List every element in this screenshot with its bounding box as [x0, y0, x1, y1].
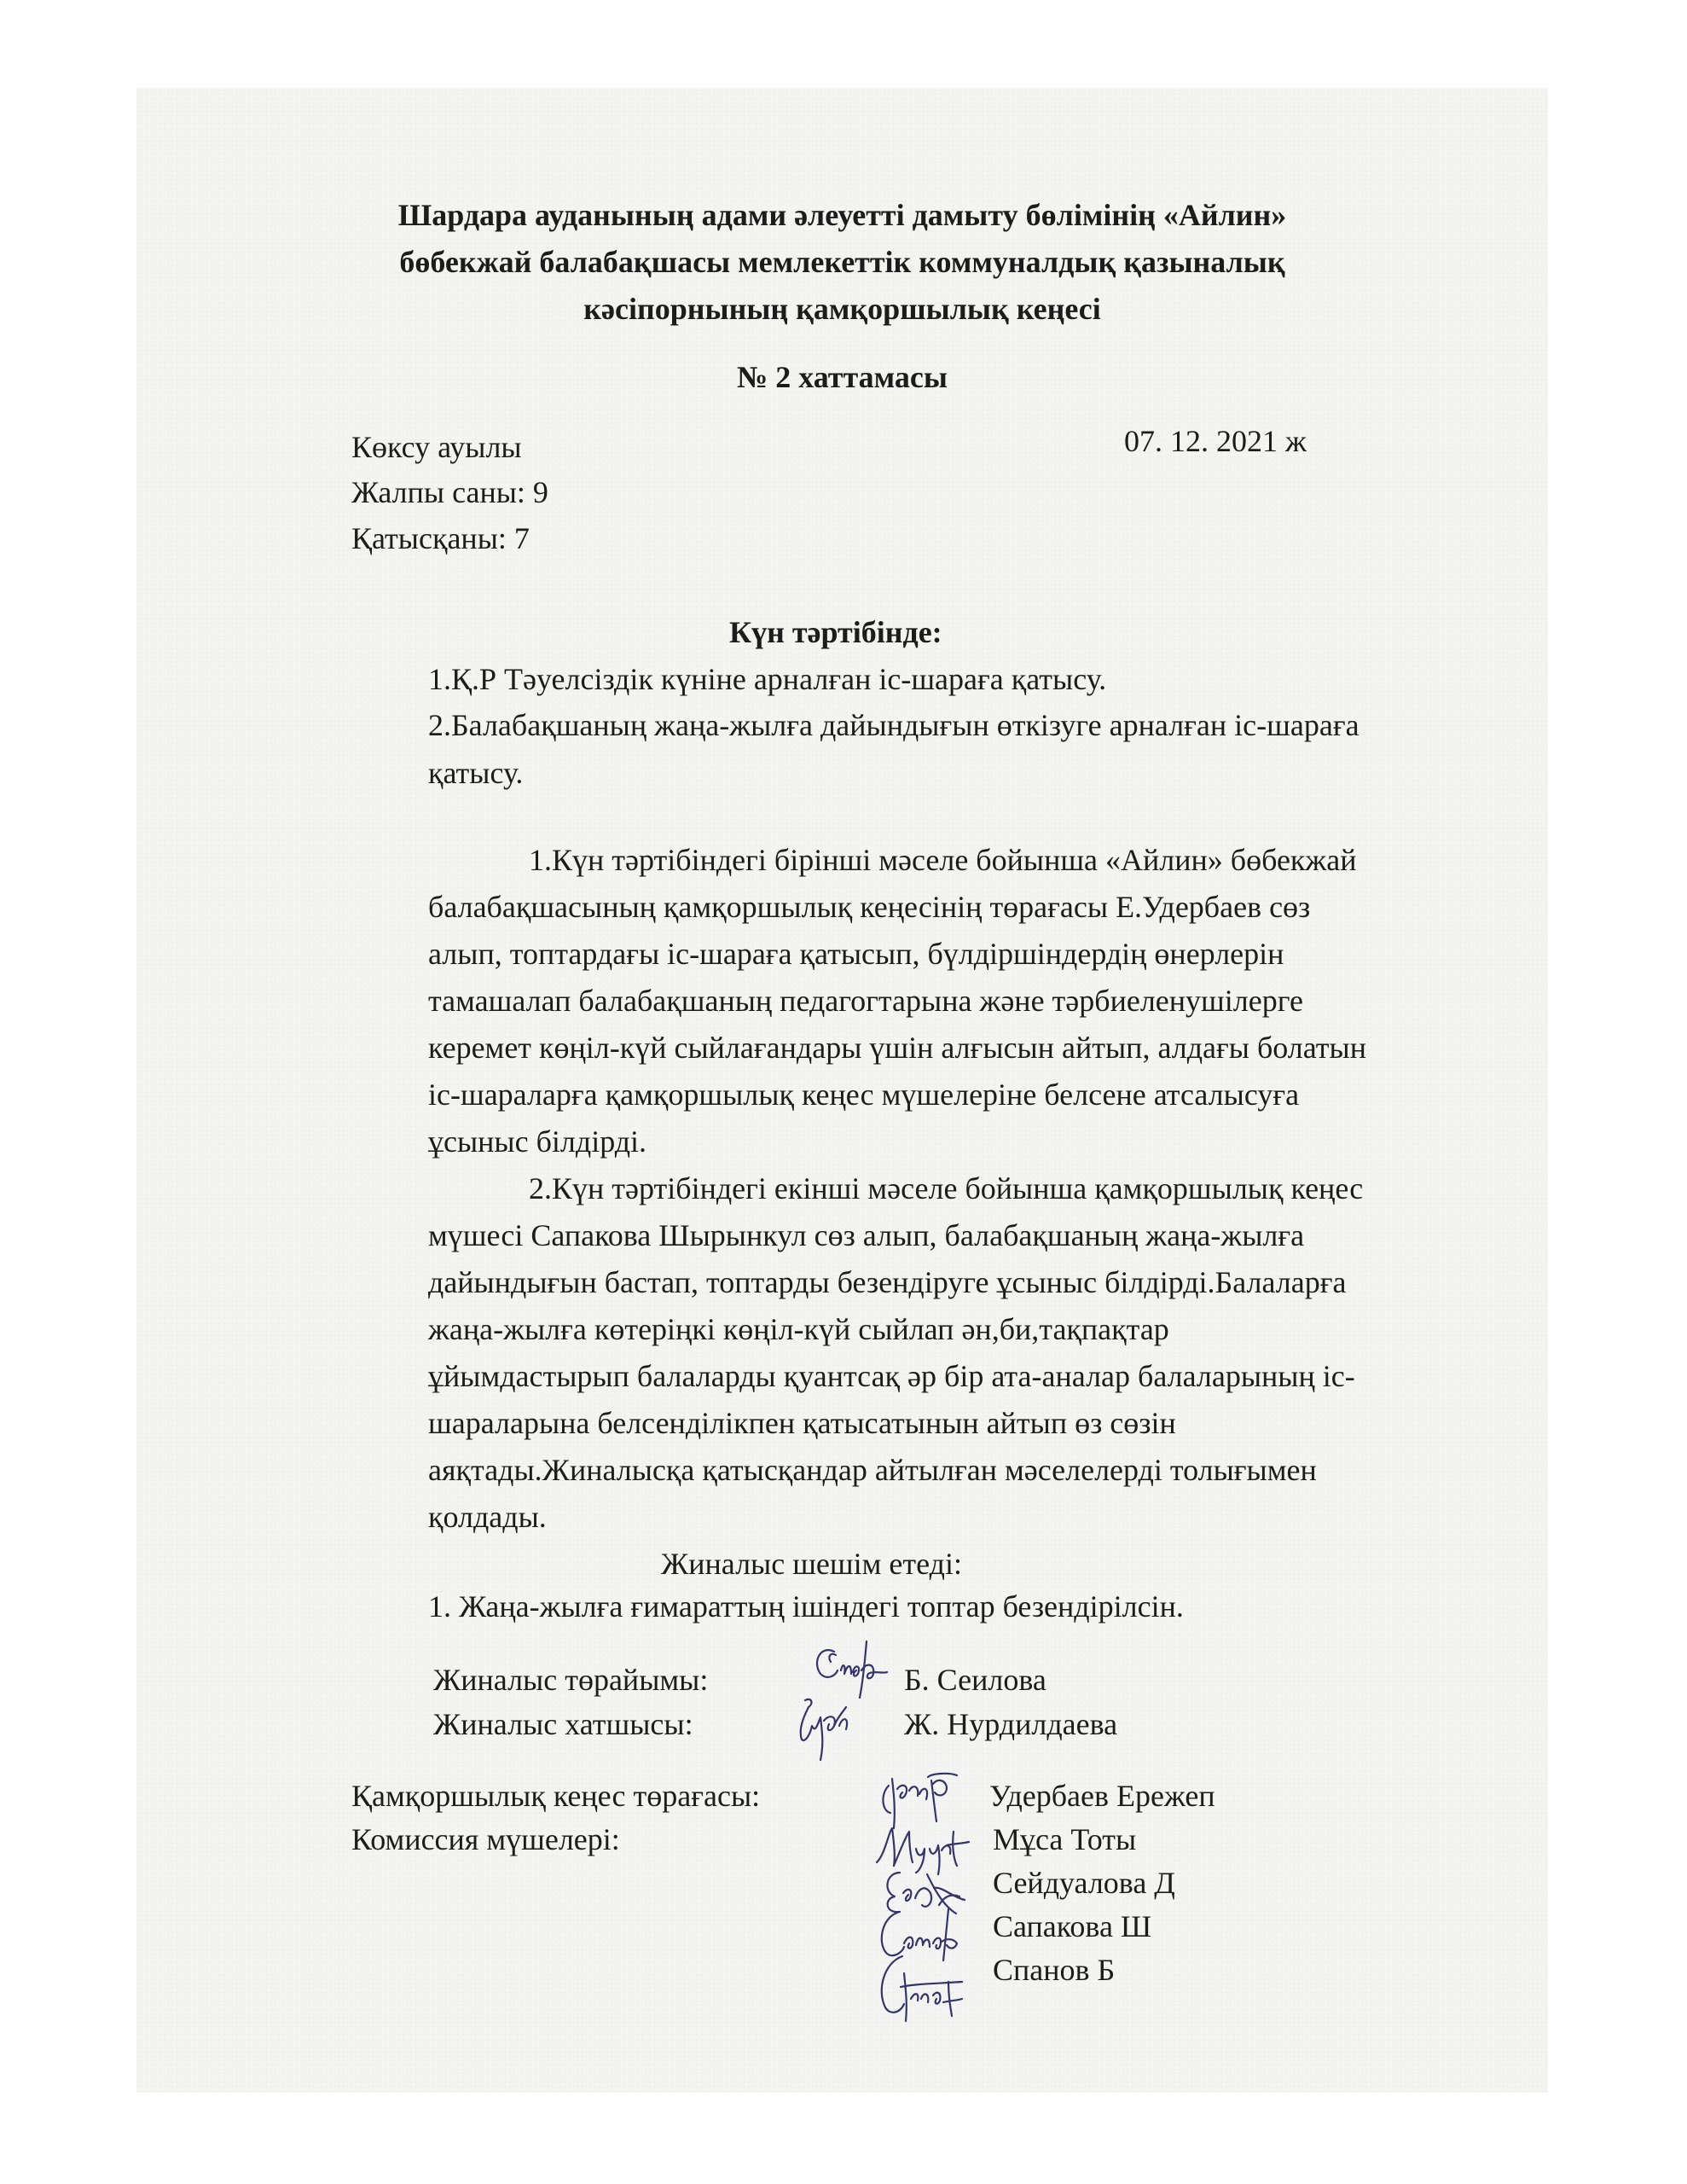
- location: Көксу ауылы: [351, 432, 522, 462]
- commission-member-1: Мұса Тоты: [993, 1824, 1136, 1855]
- agenda-item-2-cont: қатысу.: [428, 758, 523, 788]
- decision-item-1: 1. Жаңа-жылға ғимараттың ішіндегі топтар…: [428, 1591, 1184, 1622]
- paragraph-1-line-1: 1.Күн тәртібіндегі бірінші мәселе бойынш…: [529, 845, 1357, 875]
- commission-member-2: Сейдуалова Д: [993, 1867, 1175, 1898]
- paragraph-2-line-2: мүшесі Сапакова Шырынкул сөз алып, балаб…: [428, 1220, 1304, 1251]
- protocol-title: № 2 хаттамасы: [136, 359, 1548, 395]
- signature-commission-member-4: [870, 1948, 972, 2024]
- document-date: 07. 12. 2021 ж: [1124, 426, 1307, 456]
- paragraph-1-line-7: ұсыныс білдірді.: [428, 1126, 646, 1157]
- meeting-chair-name: Б. Сеилова: [904, 1664, 1046, 1695]
- commission-label: Комиссия мүшелері:: [351, 1824, 620, 1855]
- document-title-line-1: Шардара ауданының адами әлеуетті дамыту …: [136, 197, 1548, 233]
- paragraph-2-line-8: қолдады.: [428, 1501, 547, 1532]
- meeting-secretary-role: Жиналыс хатшысы:: [433, 1709, 693, 1740]
- commission-member-3: Сапакова Ш: [993, 1911, 1151, 1942]
- paragraph-2-line-6: шараларына белсенділікпен қатысатынын ай…: [428, 1408, 1176, 1438]
- council-chair-role: Қамқоршылық кеңес төрағасы:: [351, 1780, 760, 1811]
- meeting-chair-role: Жиналыс төрайымы:: [433, 1664, 708, 1695]
- document-title-line-2: бөбекжай балабақшасы мемлекеттік коммуна…: [136, 244, 1548, 280]
- paragraph-2-line-7: аяқтады.Жиналысқа қатысқандар айтылған м…: [428, 1455, 1317, 1485]
- meeting-secretary-name: Ж. Нурдилдаева: [904, 1709, 1117, 1740]
- agenda-heading: Күн тәртібінде:: [729, 617, 942, 648]
- total-count: Жалпы саны: 9: [351, 477, 548, 508]
- paragraph-1-line-2: балабақшасының қамқоршылық кеңесінің төр…: [428, 892, 1310, 922]
- commission-member-4: Спанов Б: [993, 1955, 1115, 1985]
- signature-meeting-secretary: [786, 1692, 872, 1769]
- attended-count: Қатысқаны: 7: [351, 523, 530, 554]
- paragraph-2-line-4: жаңа-жылға көтеріңкі көңіл-күй сыйлап ән…: [428, 1314, 1169, 1345]
- paragraph-1-line-5: керемет көңіл-күй сыйлағандары үшін алғы…: [428, 1032, 1366, 1063]
- council-chair-name: Удербаев Ережеп: [989, 1780, 1215, 1811]
- paragraph-1-line-3: алып, топтардағы іс-шараға қатысып, бүлд…: [428, 938, 1284, 969]
- agenda-item-1: 1.Қ.Р Тәуелсіздік күніне арналған іс-шар…: [428, 664, 1106, 694]
- document-title-line-3: кәсіпорнының қамқоршылық кеңесі: [136, 291, 1548, 327]
- decision-heading: Жиналыс шешім етеді:: [661, 1548, 962, 1579]
- document-page: Шардара ауданының адами әлеуетті дамыту …: [136, 88, 1548, 2093]
- paragraph-2-line-1: 2.Күн тәртібіндегі екінші мәселе бойынша…: [529, 1173, 1363, 1204]
- paragraph-2-line-3: дайындығын бастап, топтарды безендіруге …: [428, 1267, 1346, 1298]
- agenda-item-2: 2.Балабақшаның жаңа-жылға дайындығын өтк…: [428, 710, 1359, 741]
- paragraph-2-line-5: ұйымдастырып балаларды қуантсақ әр бір а…: [428, 1361, 1355, 1391]
- paragraph-1-line-4: тамашалап балабақшаның педагогтарына жән…: [428, 985, 1303, 1016]
- paragraph-1-line-6: іс-шараларға қамқоршылық кеңес мүшелерін…: [428, 1079, 1299, 1110]
